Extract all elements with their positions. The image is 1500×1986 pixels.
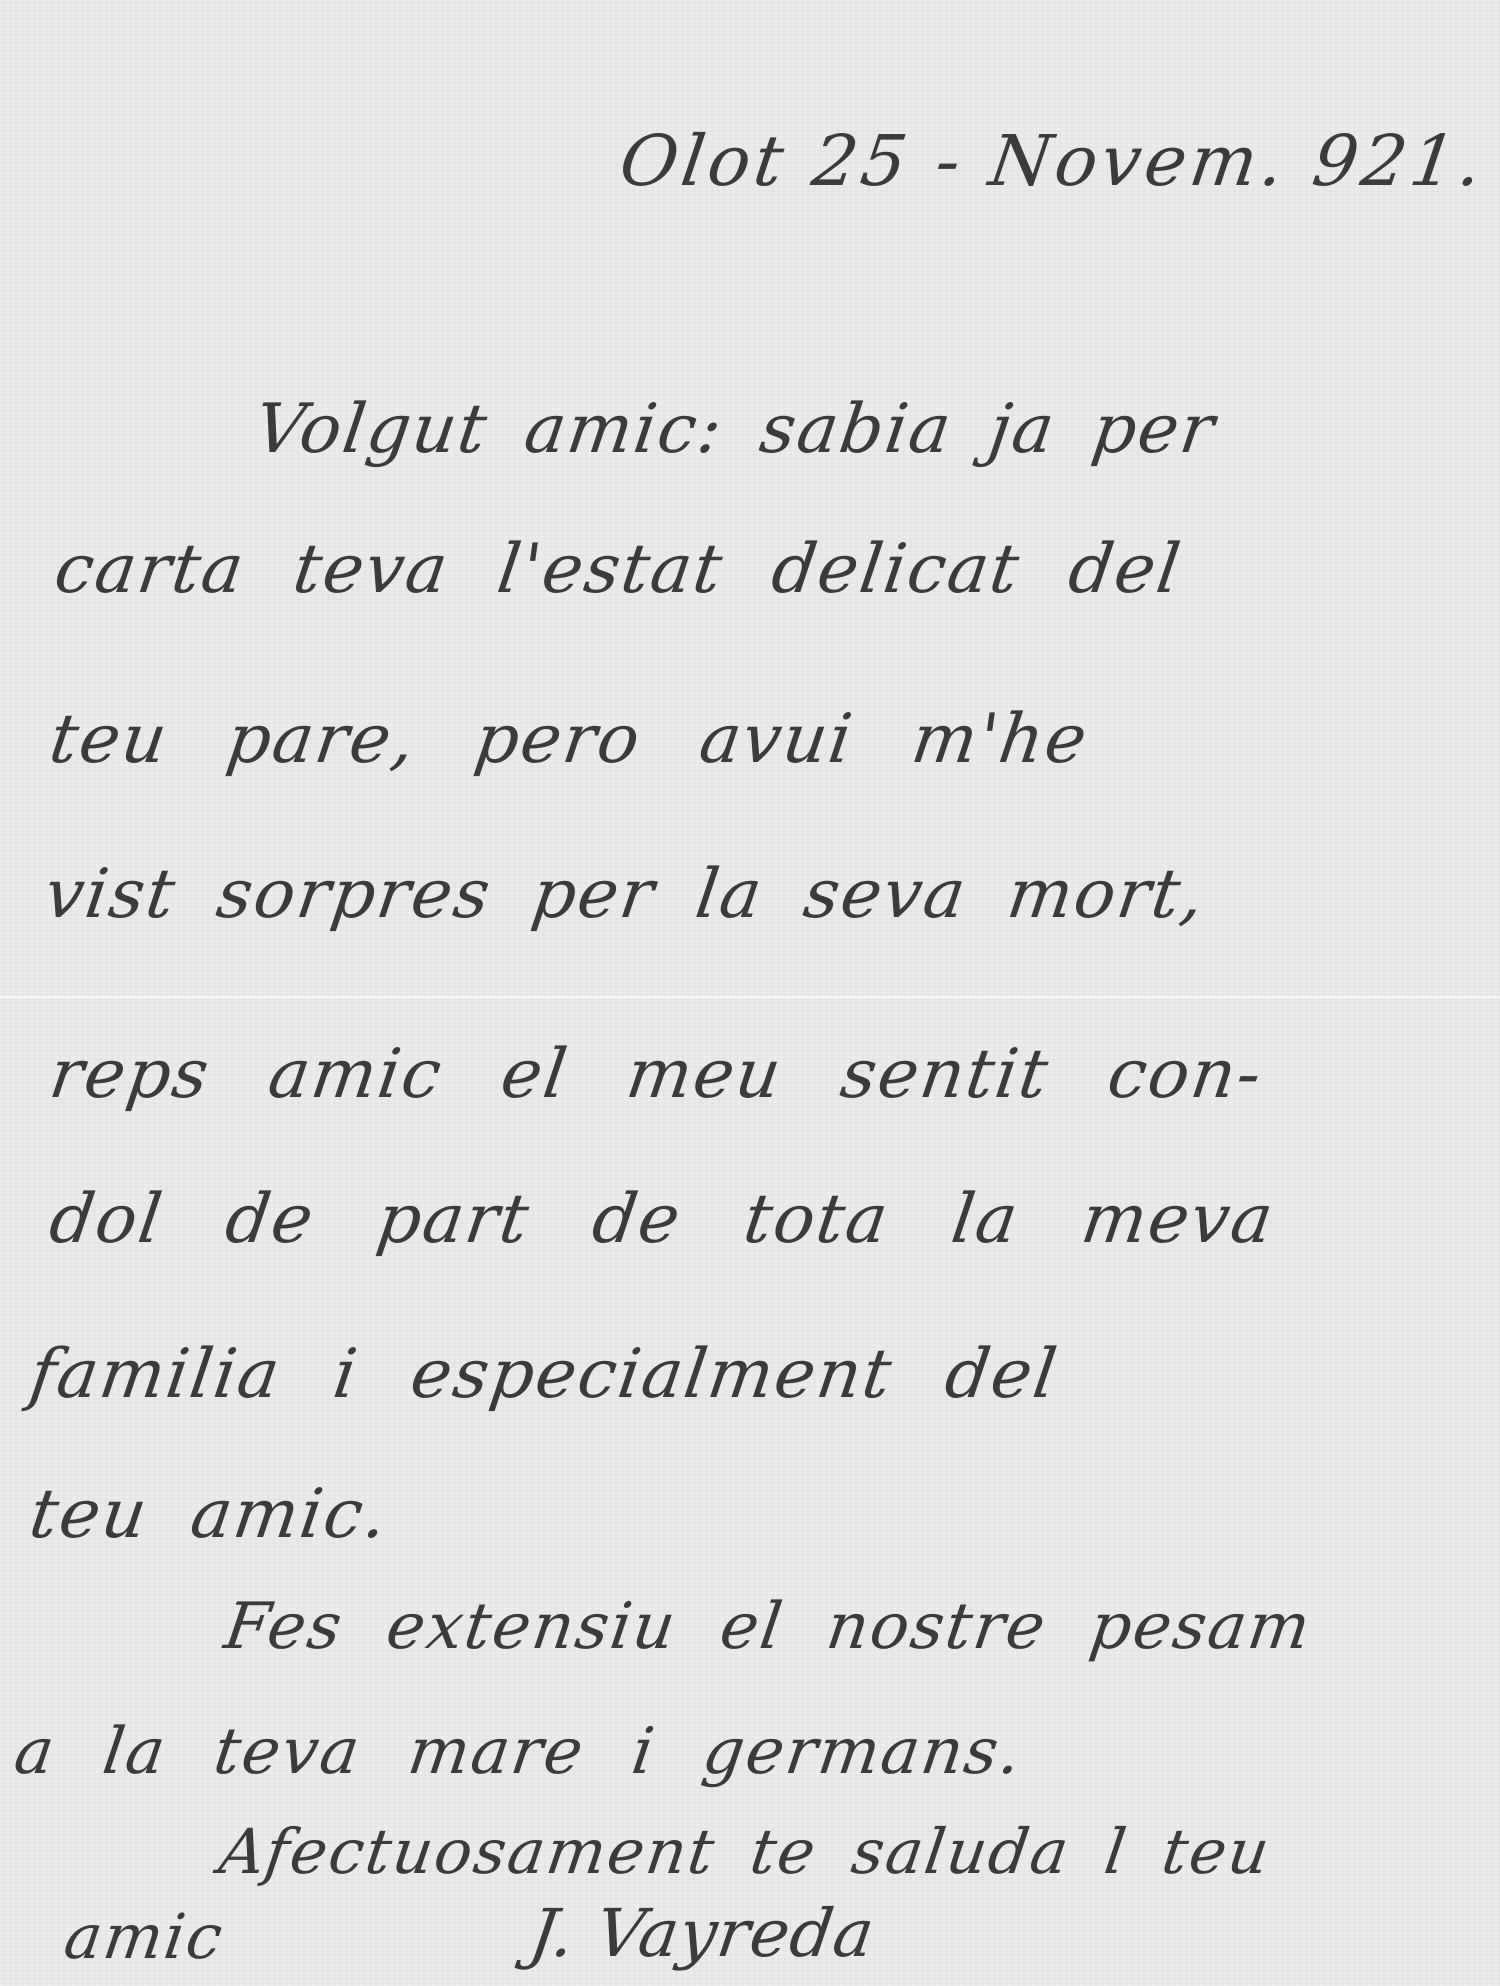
letter-line-1: Volgut amic: sabia ja per xyxy=(250,390,1221,469)
letter-line-5: reps amic el meu sentit con- xyxy=(45,1035,1268,1114)
letter-line-6: dol de part de tota la meva xyxy=(45,1180,1280,1259)
paper-fold-line xyxy=(0,994,1500,1000)
letter-signature: J. Vayreda xyxy=(525,1895,880,1972)
letter-date: Olot 25 - Novem. 921. xyxy=(615,120,1491,202)
letter-line-10: a la teva mare i germans. xyxy=(10,1715,1027,1789)
letter-line-9: Fes extensiu el nostre pesam xyxy=(220,1590,1316,1664)
letter-line-8: teu amic. xyxy=(25,1475,394,1554)
letter-line-7: familia i especialment del xyxy=(25,1335,1063,1414)
letter-closing: Afectuosament te saluda l teu xyxy=(215,1815,1276,1888)
letter-paper: Olot 25 - Novem. 921. Volgut amic: sabia… xyxy=(0,0,1500,1986)
letter-closing-amic: amic xyxy=(60,1900,229,1973)
letter-line-4: vist sorpres per la seva mort, xyxy=(40,855,1211,934)
letter-line-2: carta teva l'estat delicat del xyxy=(50,530,1187,609)
letter-line-3: teu pare, pero avui m'he xyxy=(45,700,1093,779)
